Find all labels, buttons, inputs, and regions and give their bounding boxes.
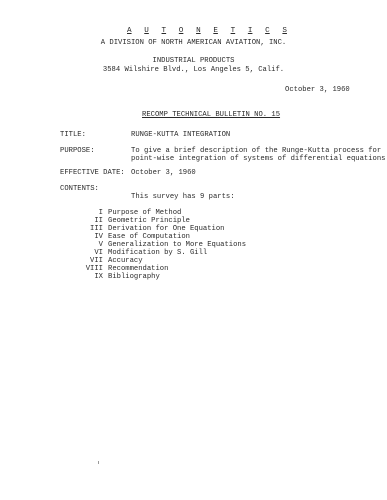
company-letter: T	[231, 28, 236, 36]
company-letter: N	[196, 28, 201, 36]
company-letter: S	[282, 28, 287, 36]
company-letter: I	[248, 28, 253, 36]
effective-date-value: October 3, 1960	[131, 170, 196, 177]
contents-intro: This survey has 9 parts:	[131, 194, 235, 201]
contents-label: CONTENTS:	[60, 186, 99, 193]
contents-item: VI Modification by S. Gill	[0, 250, 387, 258]
document-date: October 3, 1960	[285, 87, 350, 94]
title-label: TITLE:	[60, 132, 86, 139]
contents-item: VIII Recommendation	[0, 266, 387, 274]
company-letter: T	[162, 28, 167, 36]
contents-item: I Purpose of Method	[0, 210, 387, 218]
contents-item: VII Accuracy	[0, 258, 387, 266]
company-letter: A	[127, 28, 132, 36]
company-letter: U	[144, 28, 149, 36]
company-letter: E	[213, 28, 218, 36]
purpose-line-2: point-wise integration of systems of dif…	[131, 156, 387, 163]
title-value: RUNGE-KUTTA INTEGRATION	[131, 132, 230, 139]
company-name-letters: A U T O N E T I C S	[127, 28, 287, 36]
company-letter: C	[265, 28, 270, 36]
contents-item-text: Bibliography	[108, 274, 160, 281]
address-line: 3584 Wilshire Blvd., Los Angeles 5, Cali…	[0, 67, 387, 74]
division-line: A DIVISION OF NORTH AMERICAN AVIATION, I…	[0, 40, 387, 47]
contents-item: III Derivation for One Equation	[0, 226, 387, 234]
bulletin-title: RECOMP TECHNICAL BULLETIN NO. 15	[142, 112, 280, 119]
effective-date-label: EFFECTIVE DATE:	[60, 170, 125, 177]
scan-mark	[98, 461, 99, 464]
purpose-label: PURPOSE:	[60, 148, 95, 155]
department-line: INDUSTRIAL PRODUCTS	[0, 58, 387, 65]
contents-item: IX Bibliography	[0, 274, 387, 282]
company-letter: O	[179, 28, 184, 36]
contents-item-number: IX	[94, 274, 103, 281]
